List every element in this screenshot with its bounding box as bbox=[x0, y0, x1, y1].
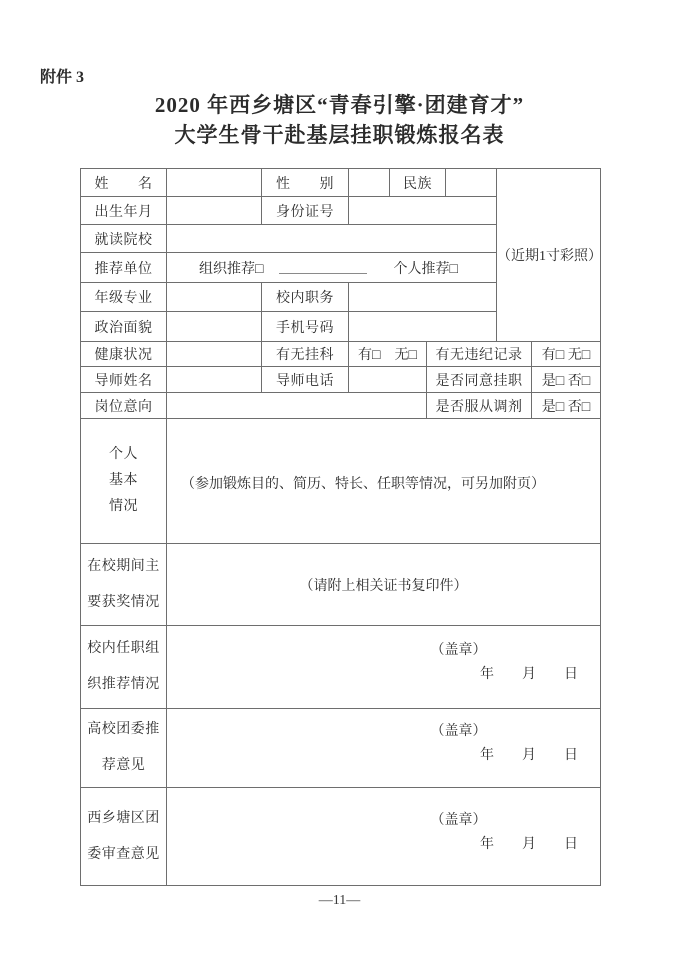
political-status-label: 政治面貌 bbox=[81, 312, 167, 342]
id-number-label: 身份证号 bbox=[262, 197, 349, 225]
personal-basic-cell: （参加锻炼目的、简历、特长、任职等情况，可另加附页） bbox=[167, 419, 601, 544]
row-league-recommend: 高校团委推 荐意见 （盖章） 年 月 日 bbox=[81, 709, 601, 788]
mobile-label: 手机号码 bbox=[262, 312, 349, 342]
health-label: 健康状况 bbox=[81, 342, 167, 367]
failed-courses-checkboxes: 有□ 无□ bbox=[349, 342, 427, 367]
document-page: 附件 3 2020 年西乡塘区“青春引擎·团建育才” 大学生骨干赴基层挂职锻炼报… bbox=[0, 0, 679, 960]
campus-org-recommend-label: 校内任职组 织推荐情况 bbox=[81, 626, 167, 709]
grade-major-label: 年级专业 bbox=[81, 283, 167, 312]
league-date: 年 月 日 bbox=[167, 744, 600, 768]
personal-recommend-checkbox: 个人推荐□ bbox=[393, 258, 457, 278]
ethnicity-field bbox=[446, 169, 497, 197]
ethnicity-label: 民族 bbox=[390, 169, 446, 197]
title-line-1: 2020 年西乡塘区“青春引擎·团建育才” bbox=[0, 90, 679, 120]
name-field bbox=[167, 169, 262, 197]
district-review-label: 西乡塘区团 委审查意见 bbox=[81, 788, 167, 886]
campus-org-date: 年 月 日 bbox=[167, 663, 600, 687]
document-title: 2020 年西乡塘区“青春引擎·团建育才” 大学生骨干赴基层挂职锻炼报名表 bbox=[0, 90, 679, 150]
campus-org-recommend-cell: （盖章） 年 月 日 bbox=[167, 626, 601, 709]
row-campus-org-recommend: 校内任职组 织推荐情况 （盖章） 年 月 日 bbox=[81, 626, 601, 709]
page-number: —11— bbox=[0, 893, 679, 909]
recommend-options: 组织推荐□ 个人推荐□ bbox=[167, 258, 496, 278]
row-health: 健康状况 有无挂科 有□ 无□ 有无违纪记录 有□ 无□ bbox=[81, 342, 601, 367]
personal-basic-hint: （参加锻炼目的、简历、特长、任职等情况，可另加附页） bbox=[167, 467, 600, 495]
district-stamp: （盖章） bbox=[167, 809, 600, 833]
recommend-options-cell: 组织推荐□ 个人推荐□ bbox=[167, 253, 497, 283]
league-recommend-cell: （盖章） 年 月 日 bbox=[167, 709, 601, 788]
agree-post-label: 是否同意挂职 bbox=[427, 367, 532, 393]
campus-org-stamp-box: （盖章） 年 月 日 bbox=[167, 639, 600, 695]
mentor-phone-label: 导师电话 bbox=[262, 367, 349, 393]
district-stamp-box: （盖章） 年 月 日 bbox=[167, 809, 600, 865]
post-intention-field bbox=[167, 393, 427, 419]
post-intention-label: 岗位意向 bbox=[81, 393, 167, 419]
row-name: 姓 名 性 别 民族 （近期1寸彩照） bbox=[81, 169, 601, 197]
attachment-label: 附件 3 bbox=[40, 64, 84, 87]
row-post-intention: 岗位意向 是否服从调剂 是□ 否□ bbox=[81, 393, 601, 419]
gender-label: 性 别 bbox=[262, 169, 349, 197]
org-recommend-checkbox: 组织推荐□ bbox=[199, 258, 263, 278]
mentor-phone-field bbox=[349, 367, 427, 393]
school-label: 就读院校 bbox=[81, 225, 167, 253]
photo-placeholder: （近期1寸彩照） bbox=[497, 169, 601, 342]
political-status-field bbox=[167, 312, 262, 342]
agree-post-checkboxes: 是□ 否□ bbox=[532, 367, 601, 393]
birth-field bbox=[167, 197, 262, 225]
row-awards: 在校期间主 要获奖情况 （请附上相关证书复印件） bbox=[81, 544, 601, 626]
league-stamp-box: （盖章） 年 月 日 bbox=[167, 720, 600, 776]
application-form-table: 姓 名 性 别 民族 （近期1寸彩照） 出生年月 身份证号 就读院校 推荐单位 bbox=[80, 168, 601, 886]
district-date: 年 月 日 bbox=[167, 833, 600, 857]
campus-position-field bbox=[349, 283, 497, 312]
mentor-name-field bbox=[167, 367, 262, 393]
league-recommend-label: 高校团委推 荐意见 bbox=[81, 709, 167, 788]
mobile-field bbox=[349, 312, 497, 342]
mentor-name-label: 导师姓名 bbox=[81, 367, 167, 393]
gender-field bbox=[349, 169, 390, 197]
health-field bbox=[167, 342, 262, 367]
discipline-record-checkboxes: 有□ 无□ bbox=[532, 342, 601, 367]
awards-hint: （请附上相关证书复印件） bbox=[167, 544, 601, 626]
school-field bbox=[167, 225, 497, 253]
grade-major-field bbox=[167, 283, 262, 312]
district-review-cell: （盖章） 年 月 日 bbox=[167, 788, 601, 886]
row-mentor: 导师姓名 导师电话 是否同意挂职 是□ 否□ bbox=[81, 367, 601, 393]
name-label: 姓 名 bbox=[81, 169, 167, 197]
awards-label: 在校期间主 要获奖情况 bbox=[81, 544, 167, 626]
recommend-unit-label: 推荐单位 bbox=[81, 253, 167, 283]
row-district-review: 西乡塘区团 委审查意见 （盖章） 年 月 日 bbox=[81, 788, 601, 886]
title-line-2: 大学生骨干赴基层挂职锻炼报名表 bbox=[0, 120, 679, 150]
birth-label: 出生年月 bbox=[81, 197, 167, 225]
personal-basic-label: 个人 基本 情况 bbox=[81, 419, 167, 544]
row-personal-basic: 个人 基本 情况 （参加锻炼目的、简历、特长、任职等情况，可另加附页） bbox=[81, 419, 601, 544]
accept-adjust-label: 是否服从调剂 bbox=[427, 393, 532, 419]
recommend-fill-line bbox=[279, 261, 367, 274]
accept-adjust-checkboxes: 是□ 否□ bbox=[532, 393, 601, 419]
campus-position-label: 校内职务 bbox=[262, 283, 349, 312]
id-number-field bbox=[349, 197, 497, 225]
discipline-record-label: 有无违纪记录 bbox=[427, 342, 532, 367]
league-stamp: （盖章） bbox=[167, 720, 600, 744]
campus-org-stamp: （盖章） bbox=[167, 639, 600, 663]
failed-courses-label: 有无挂科 bbox=[262, 342, 349, 367]
